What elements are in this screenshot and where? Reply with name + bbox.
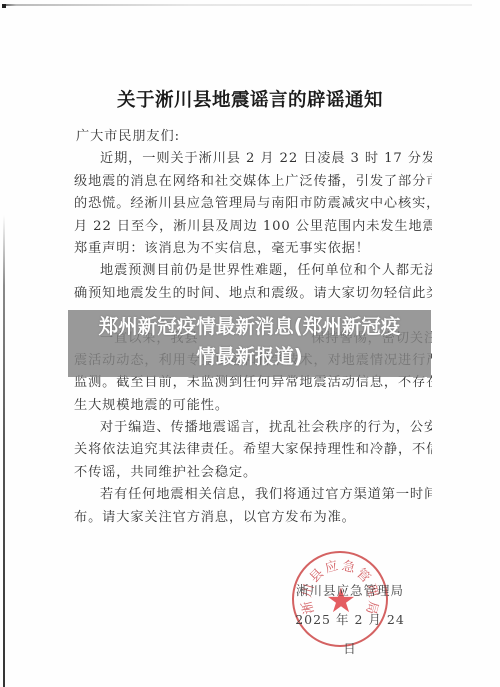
issue-date: 2025 年 2 月 24 日 [290,605,410,663]
issuer-name: 淅川县应急管理局 [290,576,410,605]
body-line: 不传谣，共同维护社会稳定。 [74,462,432,484]
headline-overlay-text: 郑州新冠疫情最新消息(郑州新冠疫 情最新报道) [68,312,431,372]
scan-top-edge [2,4,472,6]
body-line: 的恐慌。经淅川县应急管理局与南阳市防震减灾中心核实，2 [74,193,432,215]
body-line: 布。请大家关注官方消息，以官方发布为准。 [74,507,432,529]
body-line: 级地震的消息在网络和社交媒体上广泛传播，引发了部分市民 [74,171,432,193]
body-line: 确预知地震发生的时间、地点和震级。请大家切勿轻信此类谣 [74,283,432,305]
document-title: 关于淅川县地震谣言的辟谣通知 [0,86,500,112]
body-line: 郑重声明：该消息为不实信息，毫无事实依据！ [74,238,432,260]
body-line: 若有任何地震相关信息，我们将通过官方渠道第一时间发 [74,484,432,506]
scan-left-edge [3,215,5,687]
body-line: 关将依法追究其法律责任。希望大家保持理性和冷静，不信谣， [74,439,432,461]
body-line: 地震预测目前仍是世界性难题，任何单位和个人都无法准 [74,260,432,282]
body-line: 生大规模地震的可能性。 [74,395,432,417]
signature-block: 淅川县应急管理局 2025 年 2 月 24 日 [290,576,410,663]
headline-line-2: 情最新报道) [68,342,431,372]
salutation: 广大市民朋友们: [74,126,432,148]
body-line: 近期，一则关于淅川县 2 月 22 日凌晨 3 时 17 分发生 4.3 [74,148,432,170]
body-line: 月 22 日至今，淅川县及周边 100 公里范围内未发生地震！在此， [74,216,432,238]
body-line: 对于编造、传播地震谣言，扰乱社会秩序的行为，公安机 [74,417,432,439]
scan-corner-mark [2,4,6,8]
headline-line-1: 郑州新冠疫情最新消息(郑州新冠疫 [68,312,431,342]
